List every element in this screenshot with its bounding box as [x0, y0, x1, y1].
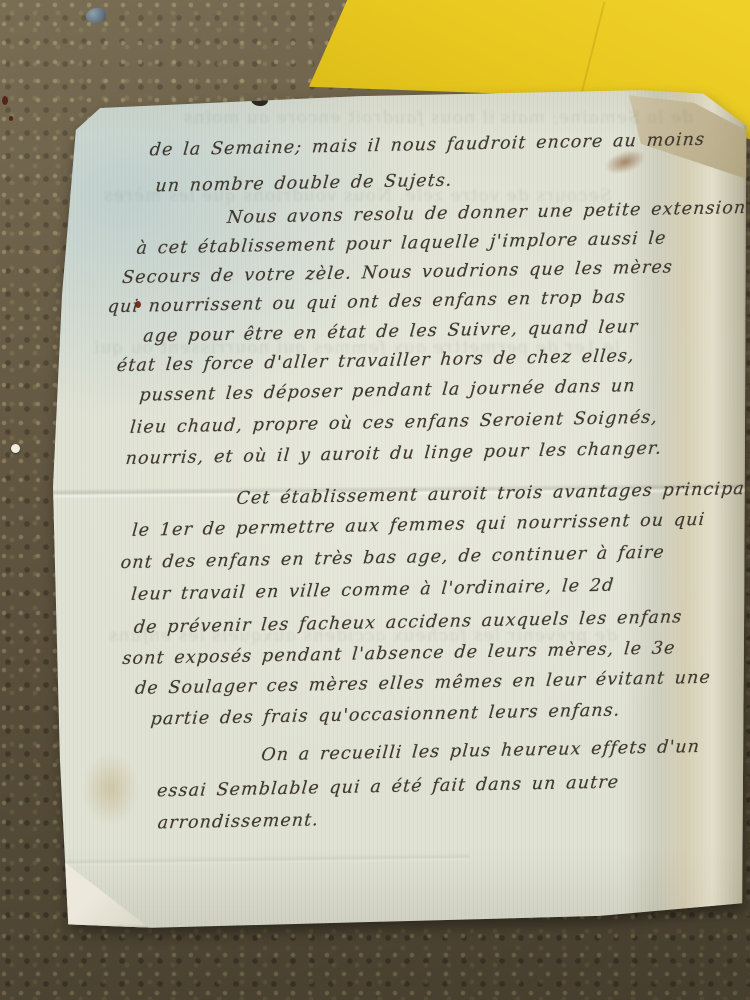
handwriting-line: nourris, et où il y auroit du linge pour…	[125, 439, 663, 469]
handwriting-line: sont exposés pendant l'absence de leurs …	[122, 638, 677, 669]
handwriting-line: Nous avons resolu de donner une petite e…	[226, 198, 747, 228]
photo-scene: de la Semaine; mais il nous faudroit enc…	[0, 0, 750, 1000]
handwriting-line: leur travail en ville comme à l'ordinair…	[130, 576, 615, 605]
handwriting-line: partie des frais qu'occasionnent leurs e…	[150, 700, 622, 729]
handwriting-line: age pour être en état de les Suivre, qua…	[142, 317, 639, 347]
handwriting-line: Secours de votre zèle. Nous voudrions qu…	[121, 257, 674, 288]
carpet-speck	[2, 96, 8, 105]
letter-page-surface: de la Semaine; mais il nous faudroit enc…	[53, 86, 747, 932]
handwriting-line: de prévenir les facheux accidens auxquel…	[133, 607, 683, 638]
handwriting-line: état les force d'aller travailler hors d…	[116, 346, 636, 376]
handwriting-line: lieu chaud, propre où ces enfans Seroien…	[129, 408, 659, 438]
handwriting-line: qui nourrissent ou qui ont des enfans en…	[107, 287, 627, 317]
handwriting-line: essai Semblable qui a été fait dans un a…	[156, 773, 620, 802]
handwriting-line: le 1er de permettre aux femmes qui nourr…	[131, 510, 706, 541]
handwriting-line: On a recueilli les plus heureux effets d…	[260, 737, 700, 765]
handwriting-line: un nombre double de Sujets.	[155, 171, 454, 197]
carpet-speck	[9, 116, 13, 121]
handwriting-line: à cet établissement pour laquelle j'impl…	[136, 228, 668, 258]
handwriting-line: de la Semaine; mais il nous faudroit enc…	[149, 130, 706, 161]
ink-speck	[215, 97, 221, 102]
letter-page: de la Semaine; mais il nous faudroit enc…	[53, 86, 747, 932]
handwriting-line: de Soulager ces mères elles mêmes en leu…	[134, 668, 712, 699]
handwriting-line: pussent les déposer pendant la journée d…	[139, 376, 637, 406]
handwriting-line: Cet établissement auroit trois avantages…	[236, 479, 750, 509]
carpet-lint-dot	[11, 444, 20, 453]
handwriting-line: arrondissement.	[157, 810, 320, 833]
handwriting: de la Semaine; mais il nous faudroit enc…	[47, 78, 750, 937]
handwriting-line: ont des enfans en très bas age, de conti…	[120, 543, 666, 573]
